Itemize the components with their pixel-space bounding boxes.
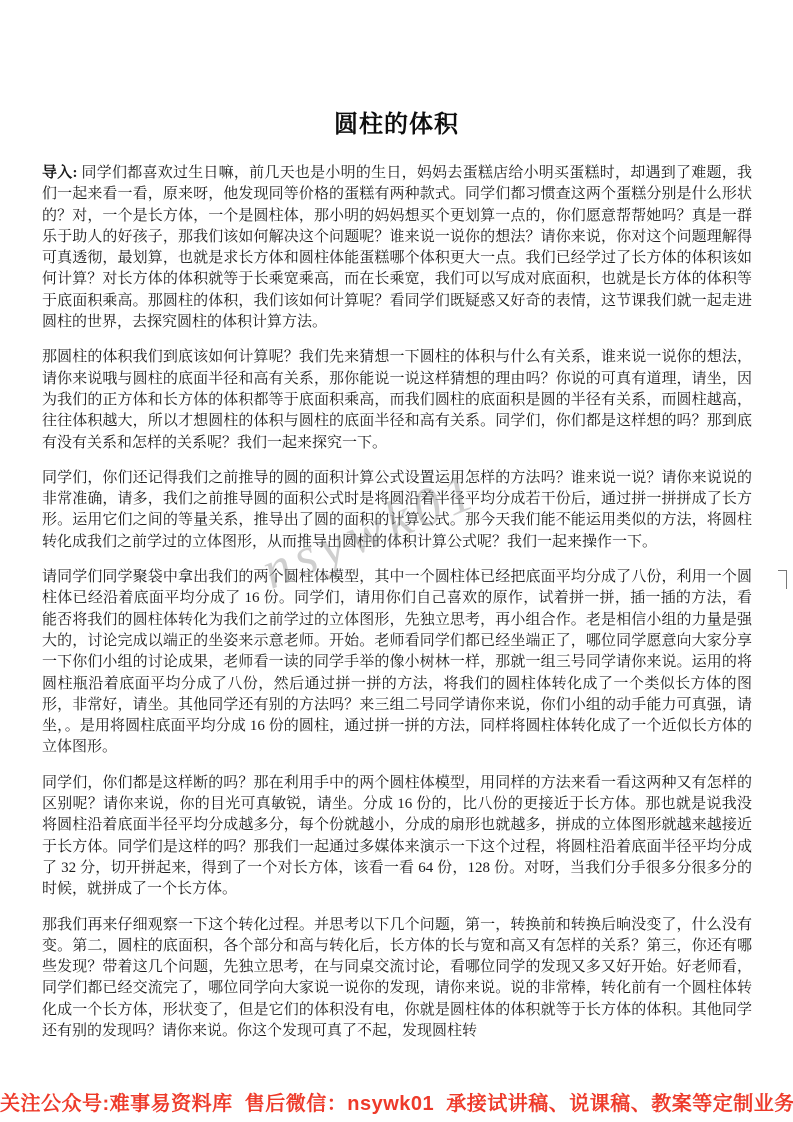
intro-lead-label: 导入:	[42, 165, 77, 181]
paragraph-observation: 那我们再来仔细观察一下这个转化过程。并思考以下几个问题，第一，转换前和转换后晌没…	[42, 915, 752, 1043]
page-title: 圆柱的体积	[0, 104, 793, 139]
document-body: 导入: 同学们都喜欢过生日嘛，前几天也是小明的生日，妈妈去蛋糕店给小明买蛋糕时，…	[42, 163, 752, 1056]
paragraph-guess: 那圆柱的体积我们到底该如何计算呢？我们先来猜想一下圆柱的体积与什么有关系，谁来说…	[42, 347, 752, 453]
text-cursor-mark	[778, 570, 787, 589]
footer-banner: 关注公众号:难事易资料库 售后微信：nsywk01 承接试讲稿、说课稿、教案等定…	[0, 1087, 793, 1116]
paragraph-intro-text: 同学们都喜欢过生日嘛，前几天也是小明的生日，妈妈去蛋糕店给小明买蛋糕时，却遇到了…	[42, 165, 752, 330]
paragraph-intro: 导入: 同学们都喜欢过生日嘛，前几天也是小明的生日，妈妈去蛋糕店给小明买蛋糕时，…	[42, 163, 752, 333]
paragraph-comparison: 同学们，你们都是这样断的吗？那在利用手中的两个圆柱体模型，用同样的方法来看一看这…	[42, 773, 752, 901]
paragraph-group-activity: 请同学们同学聚袋中拿出我们的两个圆柱体模型，其中一个圆柱体已经把底面平均分成了八…	[42, 567, 752, 759]
document-page: 圆柱的体积 导入: 同学们都喜欢过生日嘛，前几天也是小明的生日，妈妈去蛋糕店给小…	[0, 0, 793, 1122]
paragraph-circle-area-recall: 同学们，你们还记得我们之前推导的圆的面积计算公式设置运用怎样的方法吗？谁来说一说…	[42, 468, 752, 553]
